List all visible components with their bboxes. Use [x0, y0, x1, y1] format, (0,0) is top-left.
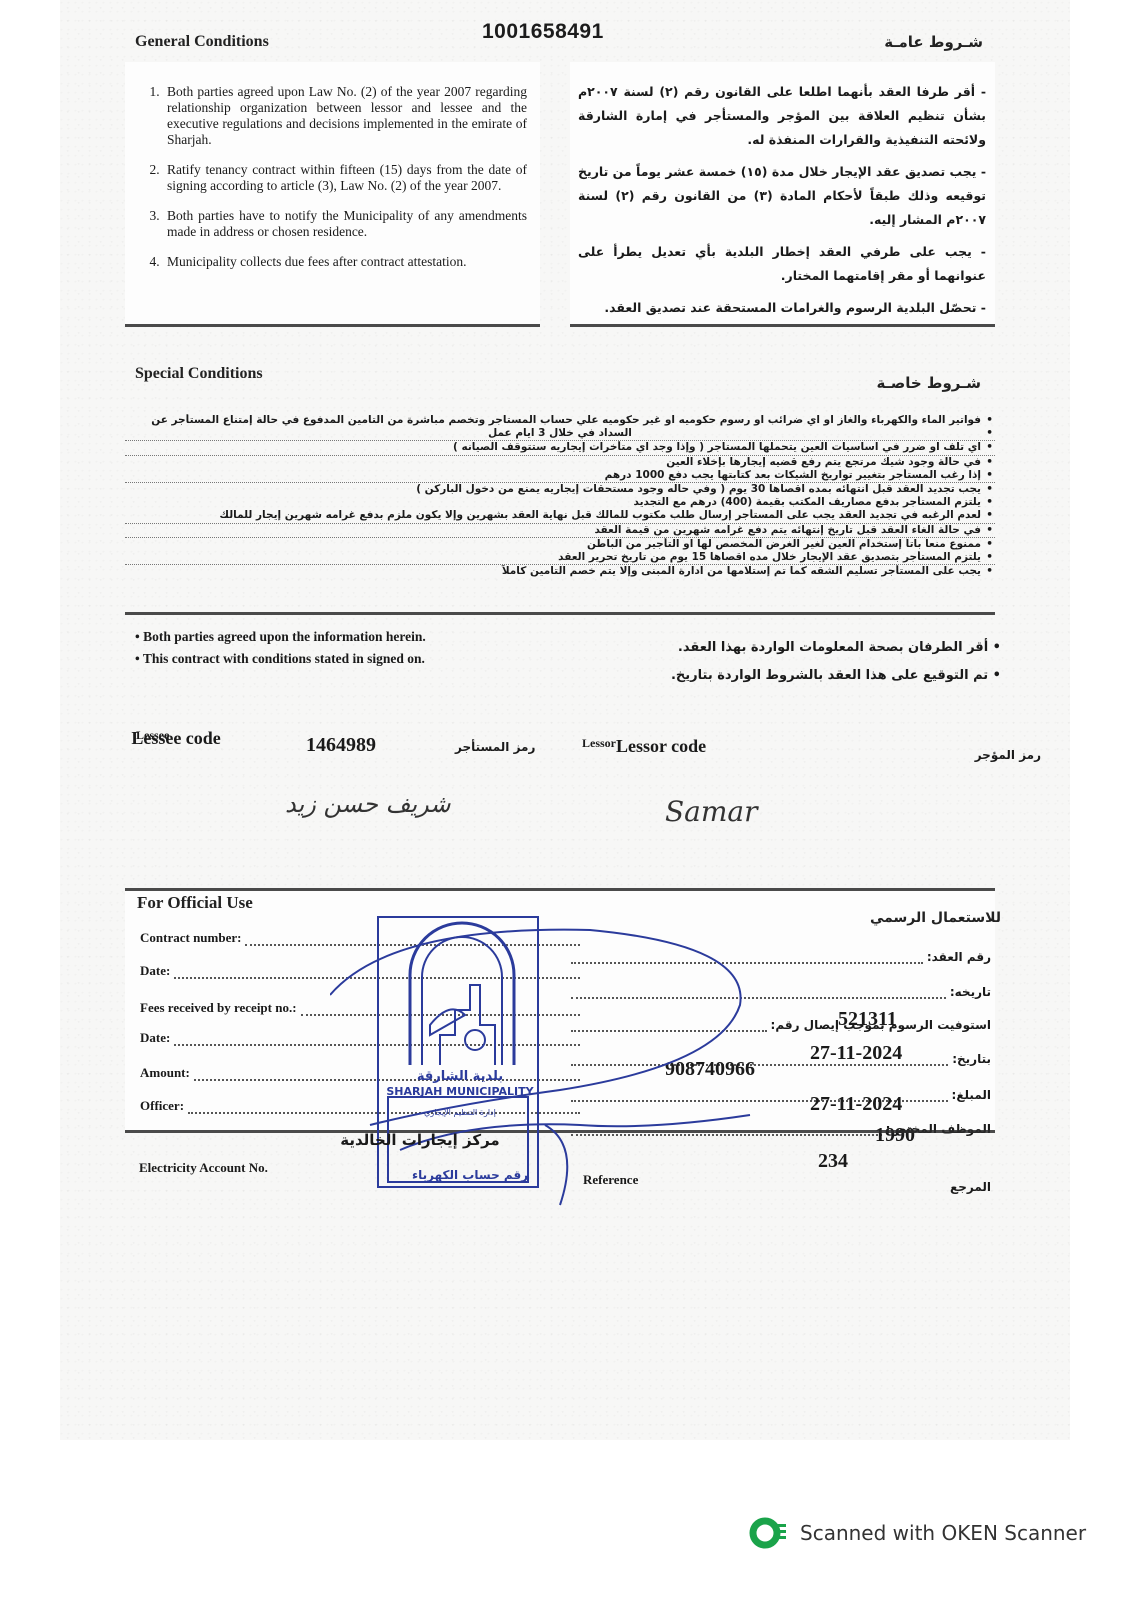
general-item-ar: يجب تصديق عقد الإيجار خلال مدة (١٥) خمسة…	[578, 160, 986, 232]
general-conditions-title-ar: شـروط عامـة	[884, 33, 983, 51]
lessee-code-label-ar: رمز المستأجر	[455, 740, 535, 754]
contract-number-top: 1001658491	[482, 20, 604, 44]
reference-value: 234	[818, 1150, 848, 1173]
lessee-code-value: 1464989	[306, 734, 376, 757]
svg-text:بلدية الشارقة: بلدية الشارقة	[417, 1069, 503, 1084]
date2-value: 27-11-2024	[810, 1093, 902, 1116]
divider	[125, 324, 540, 327]
general-item-en: Ratify tenancy contract within fifteen (…	[163, 162, 527, 194]
lessor-code-label: LessorLessor code	[582, 736, 706, 757]
special-conditions-list: فواتير الماء والكهرباء والغاز او اي ضرائ…	[125, 414, 995, 578]
general-conditions-en: Both parties agreed upon Law No. (2) of …	[135, 84, 527, 284]
special-conditions-title: Special Conditions	[135, 365, 263, 383]
general-item-ar: يجب على طرفي العقد إخطار البلدية بأي تعد…	[578, 240, 986, 288]
reference-label-ar: المرجع	[950, 1180, 991, 1194]
general-item-ar: أقر طرفا العقد بأنهما اطلعا على القانون …	[578, 80, 986, 152]
lessor-signature: Samar	[665, 795, 758, 828]
agreement-en: Both parties agreed upon the information…	[135, 626, 426, 670]
oken-scanner-logo-icon	[748, 1516, 788, 1550]
special-item: يجب تجديد العقد قبل انتهائه بمده اقصاها …	[125, 483, 995, 496]
general-item-en: Municipality collects due fees after con…	[163, 254, 527, 270]
special-item: فواتير الماء والكهرباء والغاز او اي ضرائ…	[125, 414, 995, 427]
general-item-en: Both parties agreed upon Law No. (2) of …	[163, 84, 527, 148]
general-conditions-ar: أقر طرفا العقد بأنهما اطلعا على القانون …	[578, 80, 986, 328]
lessee-code-label: LesseeLessee code	[136, 728, 221, 749]
municipality-stamp: بلدية الشارقة SHARJAH MUNICIPALITY إدارة…	[330, 915, 770, 1215]
svg-text:إدارة التنظيم الإيجاري: إدارة التنظيم الإيجاري	[424, 1108, 496, 1118]
divider	[570, 324, 995, 327]
electricity-account-label: Electricity Account No.	[139, 1160, 268, 1176]
special-item: ممنوع منعاً باتاً إستخدام العين لغير الغ…	[125, 538, 995, 551]
scanner-watermark: Scanned with OKEN Scanner	[748, 1516, 1086, 1550]
special-item-continued: السداد في خلال 3 ايام عمل	[125, 427, 995, 441]
official-use-title: For Official Use	[137, 893, 253, 913]
agreement-item-ar: تم التوقيع على هذا العقد بالشروط الواردة…	[671, 662, 1001, 690]
scanner-text: Scanned with OKEN Scanner	[800, 1521, 1086, 1545]
special-item: اي تلف او ضرر في اساسيات العين يتحملها ا…	[125, 441, 995, 455]
receipt-date-value: 27-11-2024	[810, 1042, 902, 1065]
receipt-number-value: 521311	[838, 1008, 897, 1031]
agreement-ar: أقر الطرفان بصحة المعلومات الواردة بهذا …	[671, 634, 1001, 690]
divider	[125, 612, 995, 615]
lessee-signature: شريف حسن زيد	[285, 790, 451, 818]
special-item: في حالة الغاء العقد قبل تاريخ إنتهائه يت…	[125, 524, 995, 538]
stamp-icon: بلدية الشارقة SHARJAH MUNICIPALITY إدارة…	[330, 915, 770, 1215]
agreement-item-ar: أقر الطرفان بصحة المعلومات الواردة بهذا …	[671, 634, 1001, 662]
svg-text:مركز إيجارات الخالدية: مركز إيجارات الخالدية	[340, 1131, 499, 1149]
special-item: لعدم الرغبه في تجديد العقد يجب على المست…	[125, 509, 995, 523]
general-item-en: Both parties have to notify the Municipa…	[163, 208, 527, 240]
svg-text:SHARJAH MUNICIPALITY: SHARJAH MUNICIPALITY	[386, 1085, 534, 1098]
general-item-ar: تحصّل البلدية الرسوم والغرامات المستحقة …	[578, 296, 986, 320]
special-item: في حالة وجود شيك مرتجع يتم رفع قضيه إيجا…	[125, 456, 995, 469]
special-item: يلتزم المستأجر بدفع مصاريف المكتب بقيمة …	[125, 496, 995, 509]
lessor-code-label-ar: رمز المؤجر	[975, 748, 1041, 762]
special-conditions-title-ar: شـروط خاصـة	[877, 374, 982, 392]
agreement-item-en: Both parties agreed upon the information…	[135, 626, 426, 648]
special-item: يجب على المستأجر تسليم الشقه كما تم إستل…	[125, 565, 995, 578]
divider	[125, 888, 995, 891]
official-use-title-ar: للاستعمال الرسمي	[870, 910, 1001, 926]
agreement-item-en: This contract with conditions stated in …	[135, 648, 426, 670]
special-item: إذا رغب المستأجر بتغيير تواريخ الشيكات ب…	[125, 469, 995, 483]
special-item: يلتزم المستأجر بتصديق عقد الإيجار خلال م…	[125, 551, 995, 565]
officer-value: 1990	[875, 1124, 915, 1147]
general-conditions-title: General Conditions	[135, 33, 269, 51]
